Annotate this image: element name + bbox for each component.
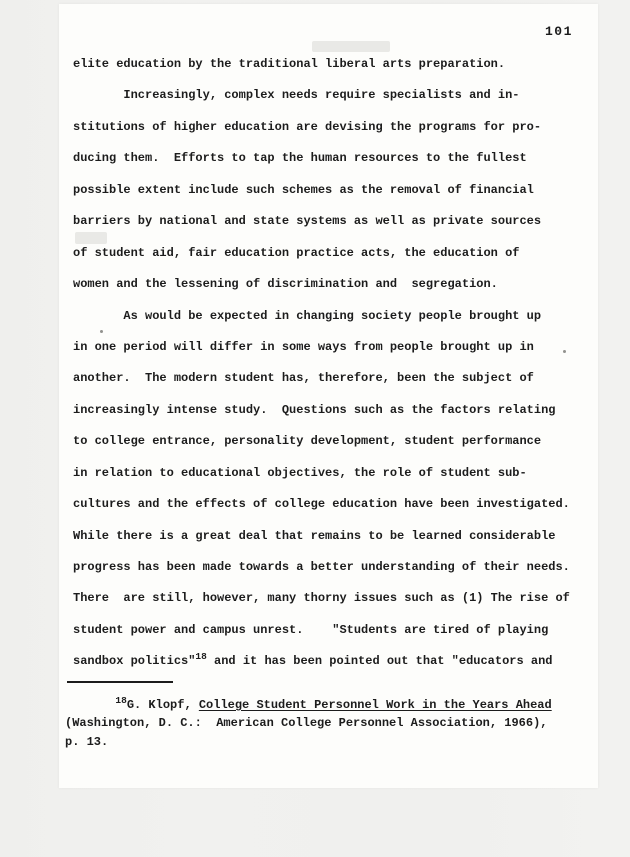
text-segment: College Student Personnel Work in the Ye… bbox=[199, 698, 552, 712]
footnote-line: p. 13. bbox=[65, 733, 552, 751]
text-segment: increasingly intense study. Questions su… bbox=[73, 403, 555, 417]
page-number: 101 bbox=[545, 24, 573, 39]
text-segment: women and the lessening of discriminatio… bbox=[73, 277, 498, 291]
body-line: progress has been made towards a better … bbox=[73, 552, 570, 583]
text-segment: As would be expected in changing society… bbox=[73, 309, 541, 323]
body-line: sandbox politics"18 and it has been poin… bbox=[73, 646, 570, 677]
body-line: in one period will differ in some ways f… bbox=[73, 332, 570, 363]
text-segment: G. Klopf, bbox=[127, 698, 199, 712]
text-segment: sandbox politics" bbox=[73, 654, 195, 668]
body-line: increasingly intense study. Questions su… bbox=[73, 395, 570, 426]
text-segment: There are still, however, many thorny is… bbox=[73, 591, 570, 605]
body-line: Increasingly, complex needs require spec… bbox=[73, 80, 570, 111]
body-text: elite education by the traditional liber… bbox=[73, 49, 570, 678]
text-segment: in relation to educational objectives, t… bbox=[73, 466, 527, 480]
text-segment: elite education by the traditional liber… bbox=[73, 57, 505, 71]
footnote-line: (Washington, D. C.: American College Per… bbox=[65, 714, 552, 732]
text-segment: to college entrance, personality develop… bbox=[73, 434, 541, 448]
body-line: of student aid, fair education practice … bbox=[73, 238, 570, 269]
text-segment: p. 13. bbox=[65, 735, 108, 749]
text-segment: possible extent include such schemes as … bbox=[73, 183, 534, 197]
body-line: stitutions of higher education are devis… bbox=[73, 112, 570, 143]
text-segment: barriers by national and state systems a… bbox=[73, 214, 541, 228]
text-segment: ducing them. Efforts to tap the human re… bbox=[73, 151, 527, 165]
text-segment: another. The modern student has, therefo… bbox=[73, 371, 534, 385]
body-line: student power and campus unrest. "Studen… bbox=[73, 615, 570, 646]
body-line: ducing them. Efforts to tap the human re… bbox=[73, 143, 570, 174]
scanned-page-background: 101 elite education by the traditional l… bbox=[0, 0, 630, 857]
text-segment: While there is a great deal that remains… bbox=[73, 529, 555, 543]
text-segment: and it has been pointed out that "educat… bbox=[207, 654, 553, 668]
body-line: cultures and the effects of college educ… bbox=[73, 489, 570, 520]
body-line: in relation to educational objectives, t… bbox=[73, 458, 570, 489]
body-line: barriers by national and state systems a… bbox=[73, 206, 570, 237]
text-segment: of student aid, fair education practice … bbox=[73, 246, 519, 260]
body-line: to college entrance, personality develop… bbox=[73, 426, 570, 457]
footnote: 18G. Klopf, College Student Personnel Wo… bbox=[65, 696, 552, 751]
body-line: While there is a great deal that remains… bbox=[73, 521, 570, 552]
document-page: 101 elite education by the traditional l… bbox=[59, 4, 598, 788]
text-segment bbox=[65, 698, 115, 712]
text-segment: in one period will differ in some ways f… bbox=[73, 340, 534, 354]
footnote-separator bbox=[67, 681, 173, 683]
text-segment: stitutions of higher education are devis… bbox=[73, 120, 541, 134]
body-line: As would be expected in changing society… bbox=[73, 301, 570, 332]
text-segment: progress has been made towards a better … bbox=[73, 560, 570, 574]
text-segment: student power and campus unrest. "Studen… bbox=[73, 623, 548, 637]
footnote-reference-superscript: 18 bbox=[115, 695, 126, 706]
text-segment: cultures and the effects of college educ… bbox=[73, 497, 570, 511]
text-segment: Increasingly, complex needs require spec… bbox=[73, 88, 519, 102]
body-line: another. The modern student has, therefo… bbox=[73, 363, 570, 394]
body-line: There are still, however, many thorny is… bbox=[73, 583, 570, 614]
body-line: women and the lessening of discriminatio… bbox=[73, 269, 570, 300]
body-line: possible extent include such schemes as … bbox=[73, 175, 570, 206]
footnote-line: 18G. Klopf, College Student Personnel Wo… bbox=[65, 696, 552, 714]
body-line: elite education by the traditional liber… bbox=[73, 49, 570, 80]
text-segment: (Washington, D. C.: American College Per… bbox=[65, 716, 547, 730]
footnote-reference-superscript: 18 bbox=[195, 651, 206, 662]
